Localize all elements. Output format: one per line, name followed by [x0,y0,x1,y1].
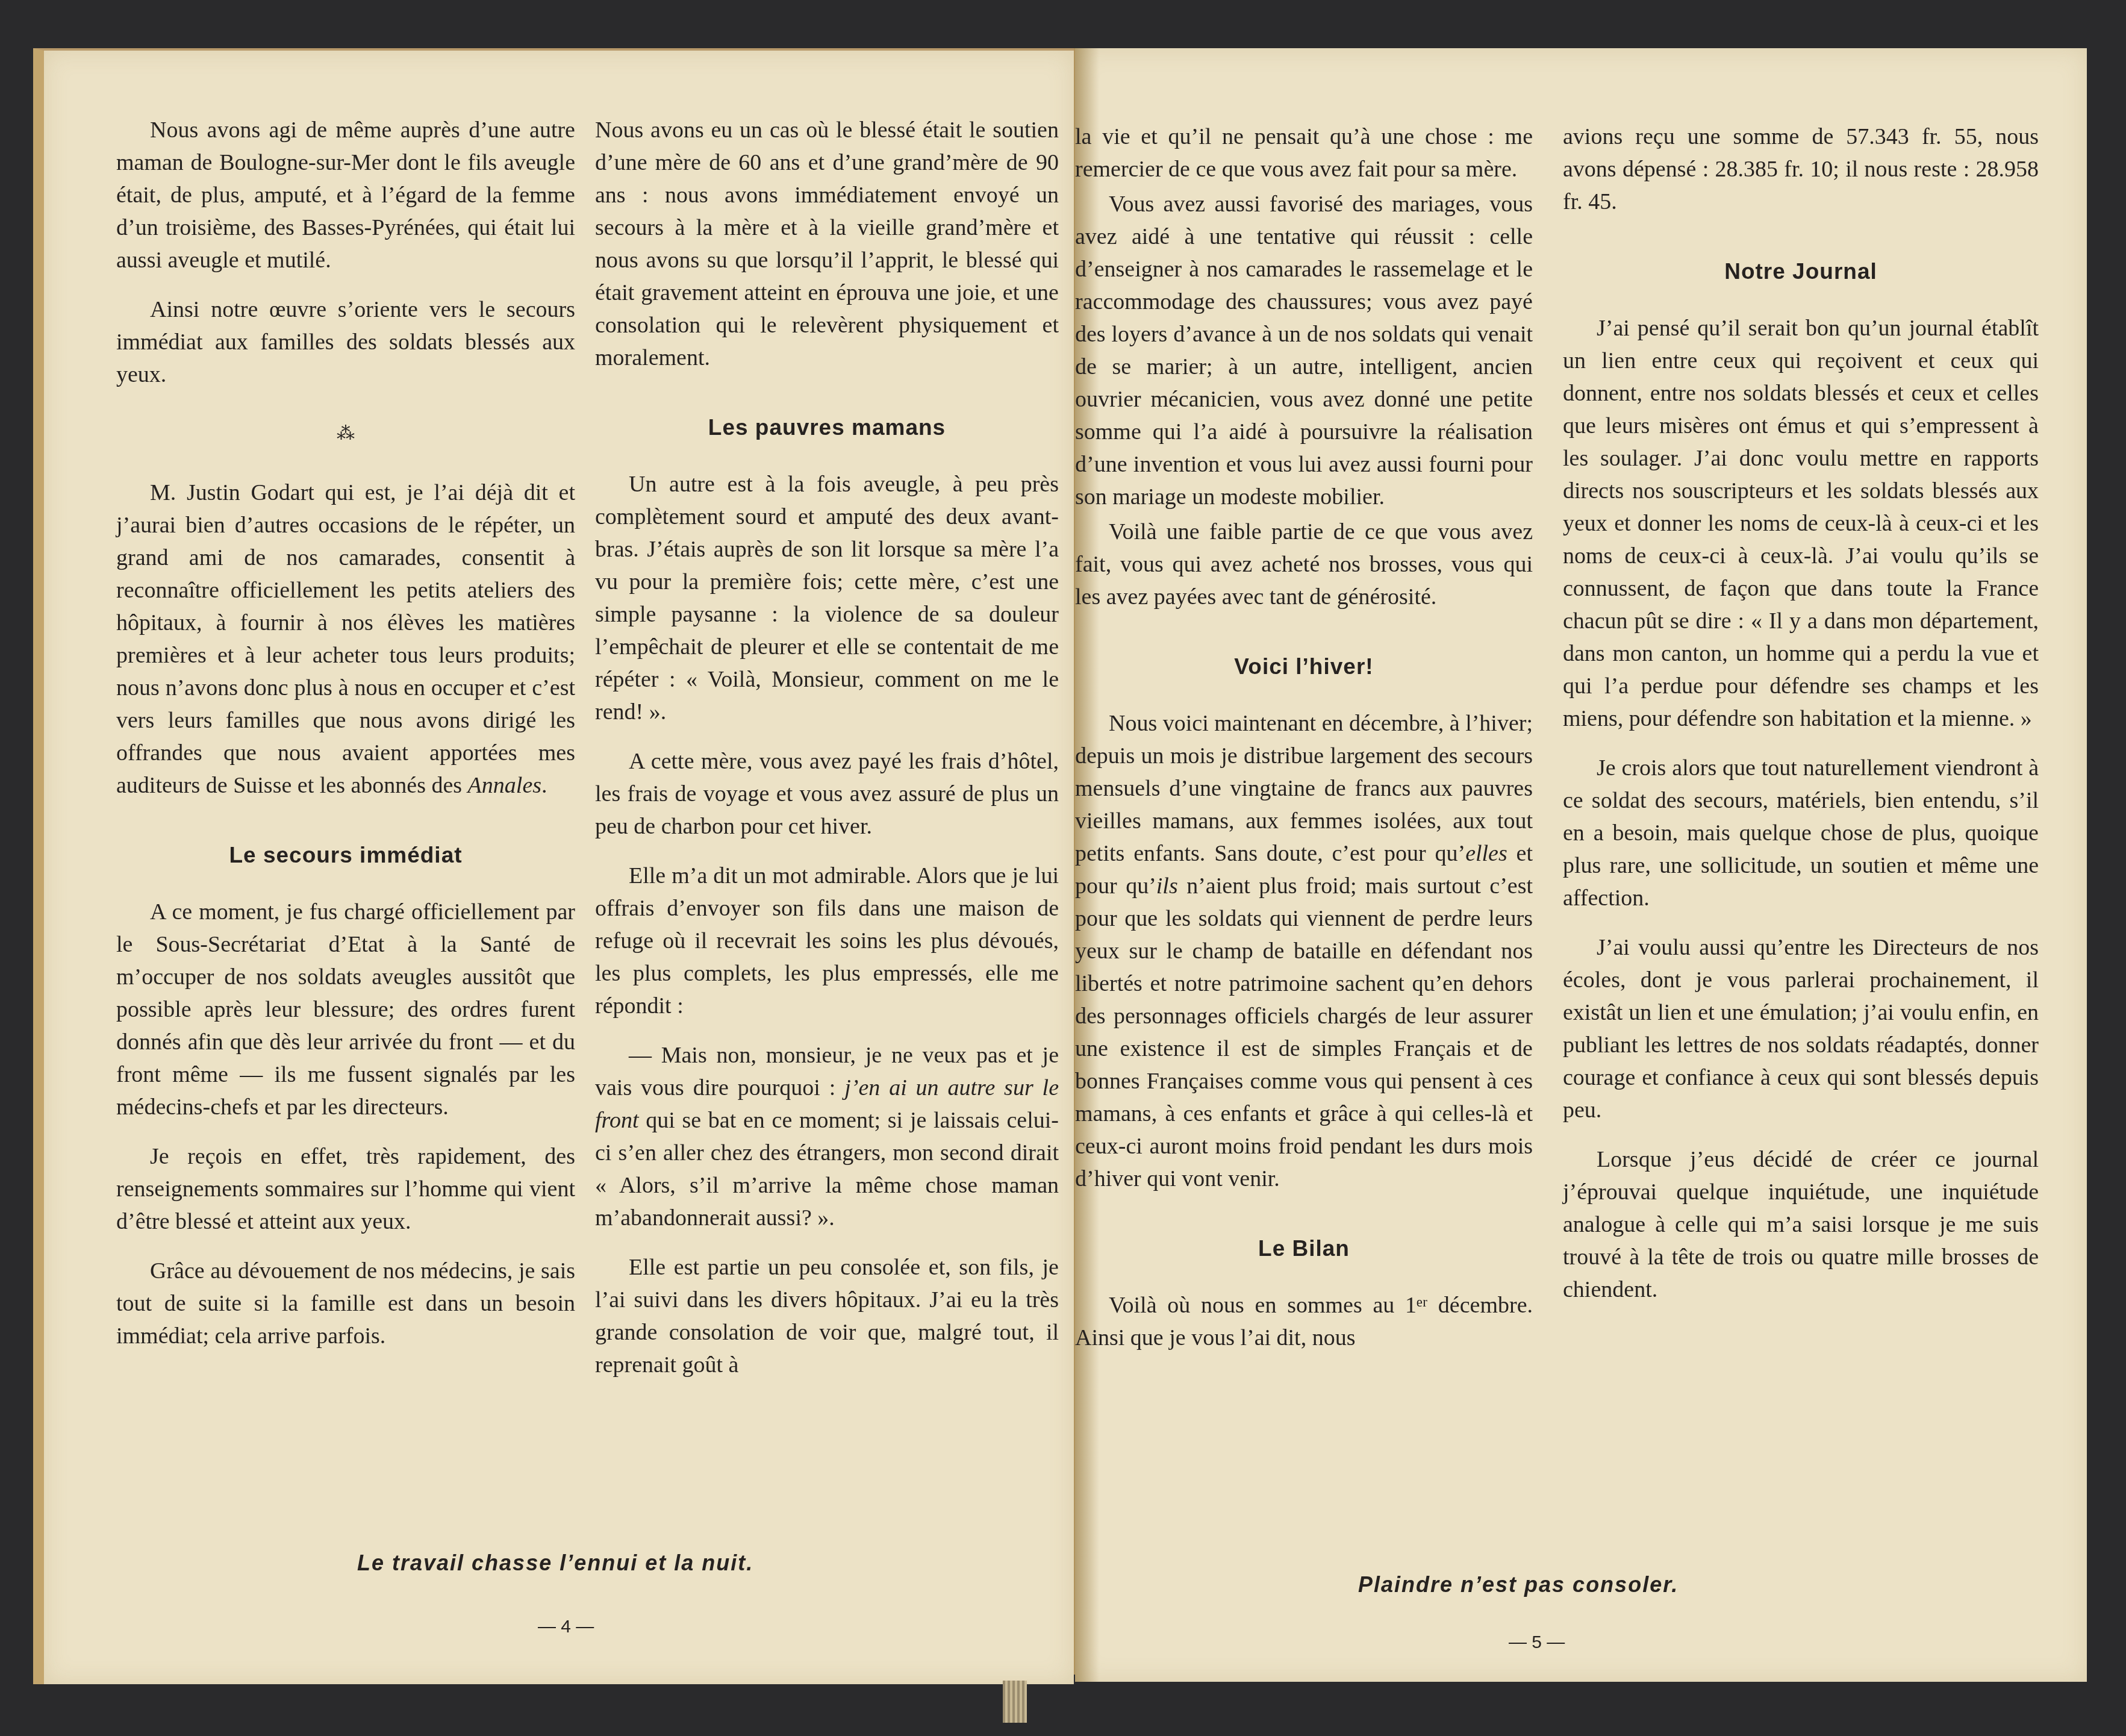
paragraph: J’ai pensé qu’il serait bon qu’un journa… [1563,312,2039,735]
paragraph: A cette mère, vous avez payé les frais d… [595,745,1059,843]
page-motto: Le travail chasse l’ennui et la nuit. [357,1550,753,1576]
paragraph: Elle m’a dit un mot admirable. Alors que… [595,860,1059,1022]
section-heading: Voici l’hiver! [1075,651,1533,683]
paragraph: A ce moment, je fus chargé officiellemen… [116,896,575,1123]
paragraph: la vie et qu’il ne pensait qu’à une chos… [1075,120,1533,186]
section-heading: Le secours immédiat [116,839,575,872]
paragraph: Elle est partie un peu consolée et, son … [595,1251,1059,1381]
left-column-1: Nous avons agi de même auprès d’une autr… [116,114,575,1369]
paragraph: Nous avons agi de même auprès d’une autr… [116,114,575,276]
paragraph: Voilà où nous en sommes au 1ᵉʳ décembre.… [1075,1289,1533,1354]
paragraph: J’ai voulu aussi qu’entre les Directeurs… [1563,931,2039,1126]
paragraph: Un autre est à la fois aveugle, à peu pr… [595,468,1059,728]
left-page: Nous avons agi de même auprès d’une autr… [33,48,1074,1684]
paragraph: Ainsi notre œuvre s’oriente vers le seco… [116,293,575,391]
page-number: — 5 — [1509,1632,1565,1653]
paragraph: Voilà une faible partie de ce que vous a… [1075,516,1533,613]
paragraph: Nous voici maintenant en décembre, à l’h… [1075,707,1533,1195]
paragraph: Grâce au dévouement de nos médecins, je … [116,1255,575,1352]
left-column-2: Nous avons eu un cas où le blessé était … [595,114,1059,1398]
paragraph: Vous avez aussi favorisé des mariages, v… [1075,188,1533,513]
page-number: — 4 — [538,1617,594,1637]
paragraph: M. Justin Godart qui est, je l’ai déjà d… [116,476,575,802]
paragraph: Je reçois en effet, très rapidement, des… [116,1140,575,1238]
right-column-1: la vie et qu’il ne pensait qu’à une chos… [1075,120,1533,1371]
paragraph: Lorsque j’eus décidé de créer ce journal… [1563,1143,2039,1306]
asterism-separator: ⁂ [116,427,575,440]
right-column-2: avions reçu une somme de 57.343 fr. 55, … [1563,120,2039,1323]
right-page: la vie et qu’il ne pensait qu’à une chos… [1075,48,2087,1682]
section-heading: Le Bilan [1075,1232,1533,1265]
paragraph: Je crois alors que tout naturellement vi… [1563,752,2039,914]
paragraph: avions reçu une somme de 57.343 fr. 55, … [1563,120,2039,218]
page-motto: Plaindre n’est pas consoler. [1358,1572,1679,1597]
paragraph: Nous avons eu un cas où le blessé était … [595,114,1059,374]
bookmark-ribbon [1003,1681,1027,1723]
section-heading: Notre Journal [1563,255,2039,288]
section-heading: Les pauvres mamans [595,411,1059,444]
paragraph: — Mais non, monsieur, je ne veux pas et … [595,1039,1059,1234]
